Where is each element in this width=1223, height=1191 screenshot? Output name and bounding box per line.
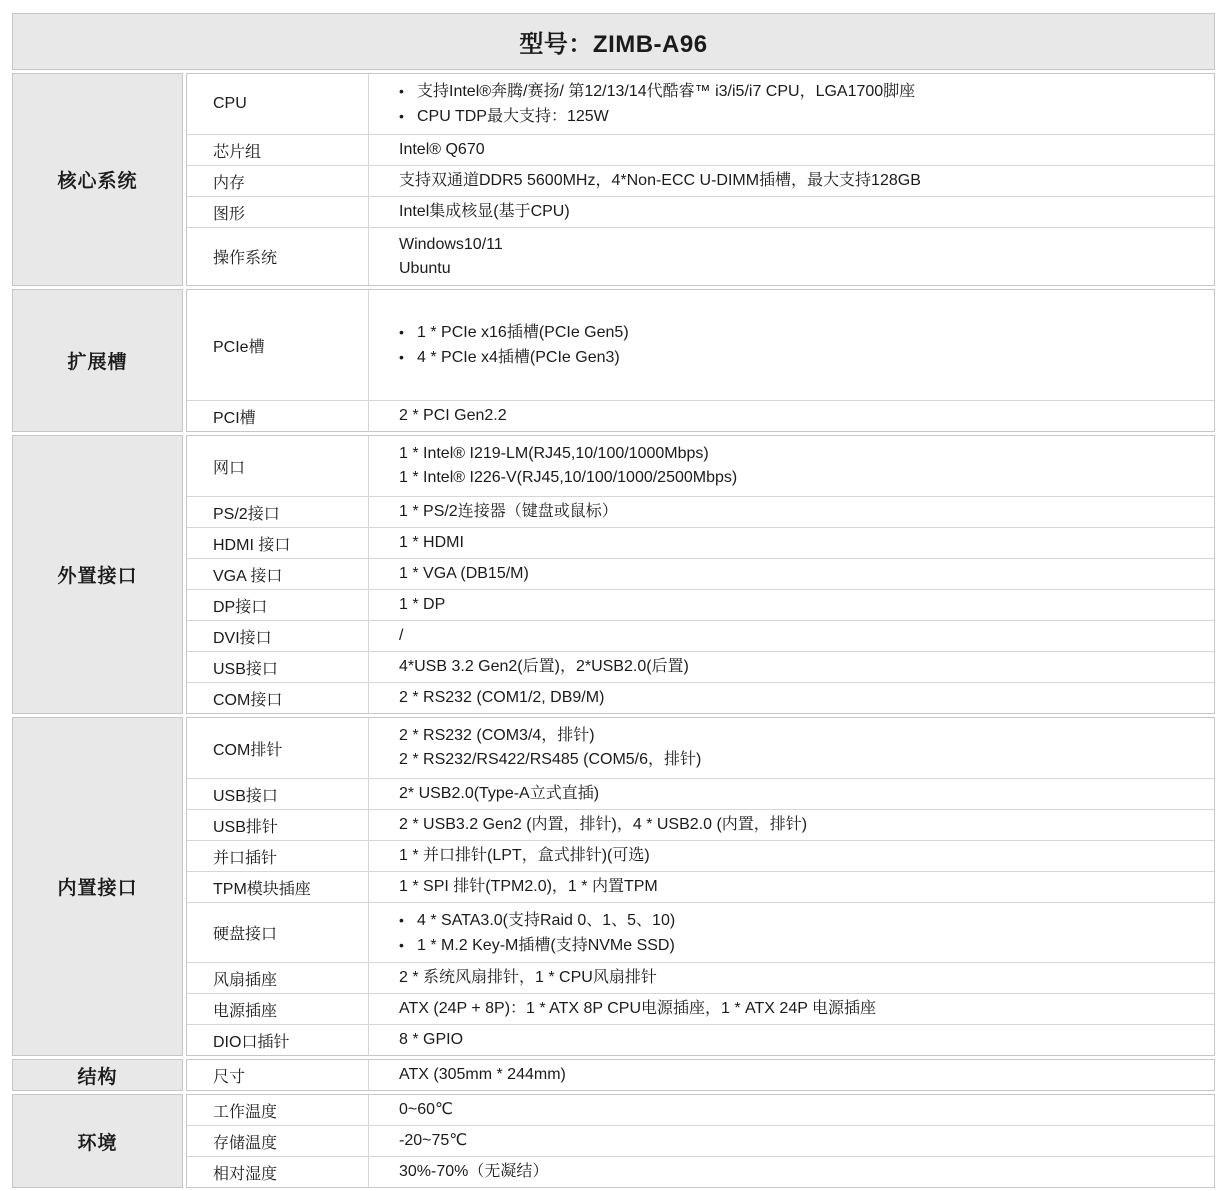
spec-row-humidity: 相对湿度 30%-70%（无凝结） [187,1156,1214,1187]
spec-row-tpm: TPM模块插座 1 * SPI 排针(TPM2.0)，1 * 内置TPM [187,871,1214,902]
spec-row-fan: 风扇插座 2 * 系统风扇排针，1 * CPU风扇排针 [187,962,1214,993]
section-category: 扩展槽 [12,289,183,432]
page-title: 型号：ZIMB-A96 [519,24,707,59]
spec-value: 8 * GPIO [369,1025,1214,1055]
bullet-marker: • [399,320,417,344]
section-category: 结构 [12,1059,183,1091]
section-structure: 结构 尺寸 ATX (305mm * 244mm) [12,1059,1215,1091]
spec-row-os: 操作系统 Windows10/11 Ubuntu [187,227,1214,285]
spec-row-vga: VGA 接口 1 * VGA (DB15/M) [187,558,1214,589]
spec-value: •4 * SATA3.0(支持Raid 0、1、5、10) •1 * M.2 K… [369,903,1214,962]
spec-value: 2 * 系统风扇排针，1 * CPU风扇排针 [369,963,1214,993]
spec-value: 支持双通道DDR5 5600MHz，4*Non-ECC U-DIMM插槽，最大支… [369,166,1214,196]
spec-row-graphics: 图形 Intel集成核显(基于CPU) [187,196,1214,227]
spec-value: 2 * RS232 (COM1/2, DB9/M) [369,683,1214,713]
spec-label: 操作系统 [187,228,369,285]
spec-label: PS/2接口 [187,497,369,527]
spec-label: 内存 [187,166,369,196]
spec-row-pcie: PCIe槽 •1 * PCIe x16插槽(PCIe Gen5) •4 * PC… [187,290,1214,400]
spec-value: •支持Intel®奔腾/赛扬/ 第12/13/14代酷睿™ i3/i5/i7 C… [369,74,1214,134]
section-category: 核心系统 [12,73,183,286]
spec-label: USB排针 [187,810,369,840]
spec-row-dvi: DVI接口 / [187,620,1214,651]
spec-label: TPM模块插座 [187,872,369,902]
spec-value: •1 * PCIe x16插槽(PCIe Gen5) •4 * PCIe x4插… [369,290,1214,400]
spec-label: USB接口 [187,779,369,809]
spec-label: 相对湿度 [187,1157,369,1187]
spec-label: CPU [187,74,369,134]
spec-label: DP接口 [187,590,369,620]
spec-label: PCIe槽 [187,290,369,400]
spec-row-ps2: PS/2接口 1 * PS/2连接器（键盘或鼠标） [187,496,1214,527]
spec-label: DIO口插针 [187,1025,369,1055]
bullet-marker: • [399,345,417,369]
spec-value: -20~75℃ [369,1126,1214,1156]
spec-row-dio: DIO口插针 8 * GPIO [187,1024,1214,1055]
spec-label: PCI槽 [187,401,369,431]
section-external-io: 外置接口 网口 1 * Intel® I219-LM(RJ45,10/100/1… [12,435,1215,714]
spec-value: Windows10/11 Ubuntu [369,228,1214,285]
spec-label: 并口插针 [187,841,369,871]
spec-value: 1 * HDMI [369,528,1214,558]
spec-value: 2 * RS232 (COM3/4，排针) 2 * RS232/RS422/RS… [369,718,1214,778]
spec-value: 1 * VGA (DB15/M) [369,559,1214,589]
spec-value: 0~60℃ [369,1095,1214,1125]
spec-row-memory: 内存 支持双通道DDR5 5600MHz，4*Non-ECC U-DIMM插槽，… [187,165,1214,196]
section-expansion-slots: 扩展槽 PCIe槽 •1 * PCIe x16插槽(PCIe Gen5) •4 … [12,289,1215,432]
spec-value: 2 * PCI Gen2.2 [369,401,1214,431]
bullet-marker: • [399,908,417,932]
spec-label: COM排针 [187,718,369,778]
spec-value: 4*USB 3.2 Gen2(后置)，2*USB2.0(后置) [369,652,1214,682]
spec-row-storage: 硬盘接口 •4 * SATA3.0(支持Raid 0、1、5、10) •1 * … [187,902,1214,962]
spec-sheet: 型号：ZIMB-A96 核心系统 CPU •支持Intel®奔腾/赛扬/ 第12… [12,13,1215,1188]
section-environment: 环境 工作温度 0~60℃ 存储温度 -20~75℃ 相对湿度 30%-70%（… [12,1094,1215,1188]
spec-label: 电源插座 [187,994,369,1024]
spec-label: DVI接口 [187,621,369,651]
spec-label: 存储温度 [187,1126,369,1156]
spec-row-com-header: COM排针 2 * RS232 (COM3/4，排针) 2 * RS232/RS… [187,718,1214,778]
spec-value: 1 * PS/2连接器（键盘或鼠标） [369,497,1214,527]
spec-row-usb-ext: USB接口 4*USB 3.2 Gen2(后置)，2*USB2.0(后置) [187,651,1214,682]
section-category: 环境 [12,1094,183,1188]
section-internal-io: 内置接口 COM排针 2 * RS232 (COM3/4，排针) 2 * RS2… [12,717,1215,1056]
spec-label: 网口 [187,436,369,496]
spec-value: ATX (305mm * 244mm) [369,1060,1214,1090]
spec-row-storage-temp: 存储温度 -20~75℃ [187,1125,1214,1156]
spec-label: COM接口 [187,683,369,713]
spec-row-usb-int: USB接口 2* USB2.0(Type-A立式直插) [187,778,1214,809]
spec-row-cpu: CPU •支持Intel®奔腾/赛扬/ 第12/13/14代酷睿™ i3/i5/… [187,74,1214,134]
spec-row-dimensions: 尺寸 ATX (305mm * 244mm) [187,1060,1214,1090]
spec-label: 芯片组 [187,135,369,165]
spec-value: 1 * DP [369,590,1214,620]
spec-value: 1 * SPI 排针(TPM2.0)，1 * 内置TPM [369,872,1214,902]
spec-value: / [369,621,1214,651]
spec-label: 硬盘接口 [187,903,369,962]
section-category: 外置接口 [12,435,183,714]
section-core-system: 核心系统 CPU •支持Intel®奔腾/赛扬/ 第12/13/14代酷睿™ i… [12,73,1215,286]
spec-label: 尺寸 [187,1060,369,1090]
spec-row-hdmi: HDMI 接口 1 * HDMI [187,527,1214,558]
spec-label: HDMI 接口 [187,528,369,558]
spec-row-lan: 网口 1 * Intel® I219-LM(RJ45,10/100/1000Mb… [187,436,1214,496]
spec-row-usb-header: USB排针 2 * USB3.2 Gen2 (内置，排针)，4 * USB2.0… [187,809,1214,840]
section-category: 内置接口 [12,717,183,1056]
spec-row-lpt-header: 并口插针 1 * 并口排针(LPT，盒式排针)(可选) [187,840,1214,871]
spec-label: VGA 接口 [187,559,369,589]
model-title-bar: 型号：ZIMB-A96 [12,13,1215,70]
spec-label: 风扇插座 [187,963,369,993]
spec-row-chipset: 芯片组 Intel® Q670 [187,134,1214,165]
bullet-marker: • [399,79,417,103]
spec-row-dp: DP接口 1 * DP [187,589,1214,620]
spec-value: 1 * Intel® I219-LM(RJ45,10/100/1000Mbps)… [369,436,1214,496]
spec-label: USB接口 [187,652,369,682]
spec-value: ATX (24P + 8P)：1 * ATX 8P CPU电源插座，1 * AT… [369,994,1214,1024]
spec-row-pci: PCI槽 2 * PCI Gen2.2 [187,400,1214,431]
spec-row-power: 电源插座 ATX (24P + 8P)：1 * ATX 8P CPU电源插座，1… [187,993,1214,1024]
spec-value: Intel集成核显(基于CPU) [369,197,1214,227]
bullet-marker: • [399,104,417,128]
spec-value: 30%-70%（无凝结） [369,1157,1214,1187]
spec-value: Intel® Q670 [369,135,1214,165]
spec-label: 图形 [187,197,369,227]
spec-value: 2* USB2.0(Type-A立式直插) [369,779,1214,809]
spec-row-com-ext: COM接口 2 * RS232 (COM1/2, DB9/M) [187,682,1214,713]
spec-row-operating-temp: 工作温度 0~60℃ [187,1095,1214,1125]
spec-label: 工作温度 [187,1095,369,1125]
bullet-marker: • [399,933,417,957]
spec-value: 2 * USB3.2 Gen2 (内置，排针)，4 * USB2.0 (内置，排… [369,810,1214,840]
spec-value: 1 * 并口排针(LPT，盒式排针)(可选) [369,841,1214,871]
